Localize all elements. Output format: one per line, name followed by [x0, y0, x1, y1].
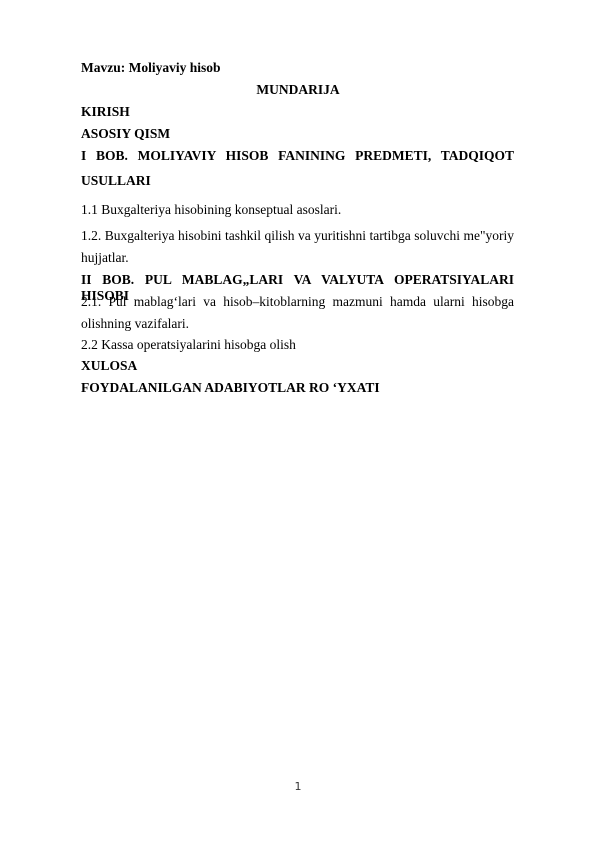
toc-section-2-2: 2.2 Kassa operatsiyalarini hisobga olish	[81, 337, 514, 353]
toc-kirish: KIRISH	[81, 104, 514, 120]
contents-title: MUNDARIJA	[0, 82, 596, 98]
toc-chapter-1-line1: I BOB. MOLIYAVIY HISOB FANINING PREDMETI…	[81, 148, 514, 164]
toc-xulosa: XULOSA	[81, 358, 514, 374]
topic-line: Mavzu: Moliyaviy hisob	[81, 60, 514, 76]
page-number: 1	[0, 780, 596, 793]
toc-section-1-2-line1: 1.2. Buxgalteriya hisobini tashkil qilis…	[81, 228, 514, 244]
toc-asosiy-qism: ASOSIY QISM	[81, 126, 514, 142]
toc-section-2-1-line1: 2.1. Pul mablag‘lari va hisob–kitoblarni…	[81, 294, 514, 310]
toc-section-2-1-line2: olishning vazifalari.	[81, 316, 514, 332]
toc-section-1-1: 1.1 Buxgalteriya hisobining konseptual a…	[81, 202, 514, 218]
toc-section-1-2-line2: hujjatlar.	[81, 250, 514, 266]
toc-chapter-1-line2: USULLARI	[81, 173, 514, 189]
toc-bibliography: FOYDALANILGAN ADABIYOTLAR RO ‘YXATI	[81, 380, 514, 396]
